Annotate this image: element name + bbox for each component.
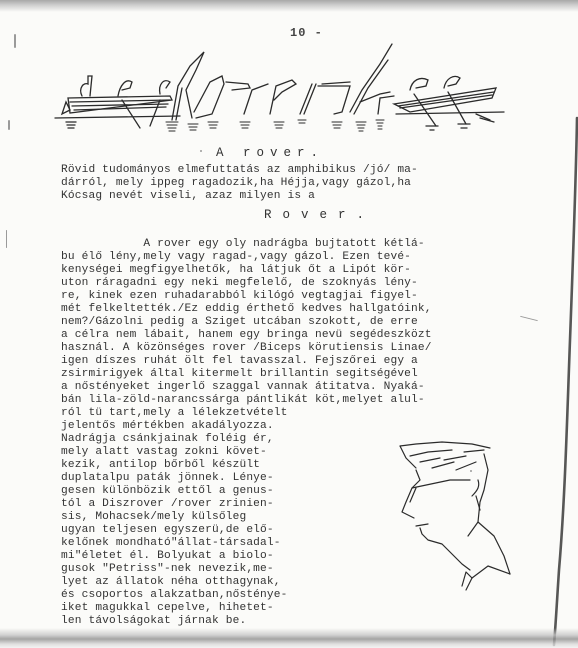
body-line: re, kinek ezen ruhadarabból kilógó vegta… (61, 290, 418, 302)
scan-bottom-edge (0, 628, 578, 648)
body-line: len távolságokat járnak be. (61, 615, 246, 627)
scan-top-edge (0, 0, 578, 12)
body-line: gusok "Petriss"-nek nevezik,me- (61, 563, 274, 575)
body-line: iket magukkal cepelve, hihetet- (61, 602, 274, 614)
scan-speck (14, 34, 16, 48)
body-line: duplatalpu paták jönnek. Lénye- (61, 472, 274, 484)
body-line: használ. A közönséges rover /Biceps köru… (61, 342, 432, 354)
body-line: bu élő lény,mely vagy ragad-,vagy gázol.… (61, 251, 411, 263)
scan-speck (6, 230, 7, 248)
body-line: uton ráragadni egy neki megfelelő, de sz… (61, 277, 418, 289)
body-line: igen díszes ruhát ölt fel tavasszal. Fej… (61, 355, 418, 367)
body-line: Nadrágja csánkjainak foléig ér, (61, 433, 274, 445)
roverek-banner-illustration (0, 40, 578, 140)
scan-speck (200, 150, 202, 152)
body-line: mely alatt vastag zokni követ- (61, 446, 267, 458)
article-title: A rover. (216, 146, 324, 160)
body-line: és csoportos alakzatban,nősténye- (61, 589, 288, 601)
body-line: sis, Mohacsek/mely külsőleg (61, 511, 246, 523)
body-line: ugyan teljesen egyszerü,de elő- (61, 524, 274, 536)
body-line: kenységei megfigyelhetők, ha látjuk őt a… (61, 264, 411, 276)
scan-speck (8, 120, 10, 130)
body-line: jelentős mértékben akadályozza. (61, 420, 274, 432)
body-line: mi"életet él. Bolyukat a biolo- (61, 550, 274, 562)
body-line: ról tü tart,mely a lélekzetvételt (61, 407, 288, 419)
body-line: nem?/Gázolni pedig a Sziget utcában szok… (61, 316, 418, 328)
body-line: A rover egy oly nadrágba bujtatott kétlá… (61, 238, 425, 250)
body-line: gesen különbözik ettől a genus- (61, 485, 274, 497)
page-right-border-line (540, 100, 578, 648)
intro-line: dárról, mely ippeg ragadozik,ha Héjja,va… (61, 177, 411, 189)
intro-line: Kócsag nevét viseli, azaz milyen is a (61, 190, 315, 202)
article-subtitle: Rover. (264, 208, 375, 222)
scan-speck (470, 470, 472, 472)
scan-speck (520, 316, 538, 321)
body-line: kezik, antilop bőrből készült (61, 459, 260, 471)
body-line: a célra nem lábait, hanem egy bringa nev… (61, 329, 432, 341)
body-line: lyet az állatok néha otthagynak, (61, 576, 281, 588)
body-line: bán lila-zöld-narancssárga pántlikát köt… (61, 394, 425, 406)
body-line: tól a Diszrover /rover zrinien- (61, 498, 274, 510)
body-line: mét felkeltették./Ez eddig érthető kedve… (61, 303, 432, 315)
page-number: 10 - (290, 26, 323, 40)
man-profile-sketch-illustration (380, 440, 540, 600)
intro-line: Rövid tudományos elmefuttatás az amphibi… (61, 164, 418, 176)
body-line: a nőstényeket ingerlő szaggal vannak áti… (61, 381, 425, 393)
body-line: kelőnek mondható"állat-társadal- (61, 537, 281, 549)
document-page: 10 - (0, 0, 578, 648)
body-line: zsirmirigyek által kitermelt brillantin … (61, 368, 418, 380)
